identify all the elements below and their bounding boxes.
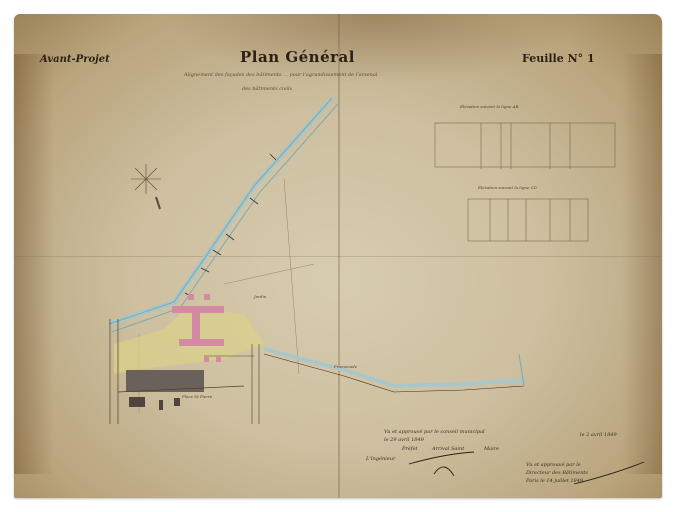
garden-label: Jardin — [254, 294, 266, 299]
promenade-label: Promenade — [334, 364, 357, 369]
elevation-ab-label: Élévation suivant la ligne AB — [460, 104, 518, 109]
note-right-3: Paris le 14 juillet 1849 — [526, 478, 583, 484]
approval-note-1: Vu et approuvé par le conseil municipal — [384, 429, 485, 435]
signature-1: Préfet — [402, 446, 418, 452]
note-right-1: Vu et approuvé par le — [526, 462, 581, 468]
compass-rose-icon — [131, 164, 161, 209]
map-drawing — [14, 14, 662, 498]
lower-channel — [264, 349, 524, 392]
place-label: Place St Pierre — [182, 394, 212, 399]
elevation-cd — [468, 199, 588, 241]
signature-2: Arrival Saint — [432, 446, 464, 452]
signature-4: L'Ingénieur — [366, 456, 395, 462]
date-note-right: le 2 avril 1849 — [580, 432, 617, 438]
signature-3: Maire — [484, 446, 499, 452]
approval-note-2: le 29 avril 1849 — [384, 437, 424, 443]
elevation-ab — [435, 123, 615, 169]
note-right-2: Directeur des Bâtiments — [526, 470, 588, 476]
document-sheet: Avant-Projet Plan Général Feuille N° 1 A… — [14, 14, 662, 498]
elevation-cd-label: Élévation suivant la ligne CD — [478, 185, 537, 190]
canal — [109, 98, 338, 332]
